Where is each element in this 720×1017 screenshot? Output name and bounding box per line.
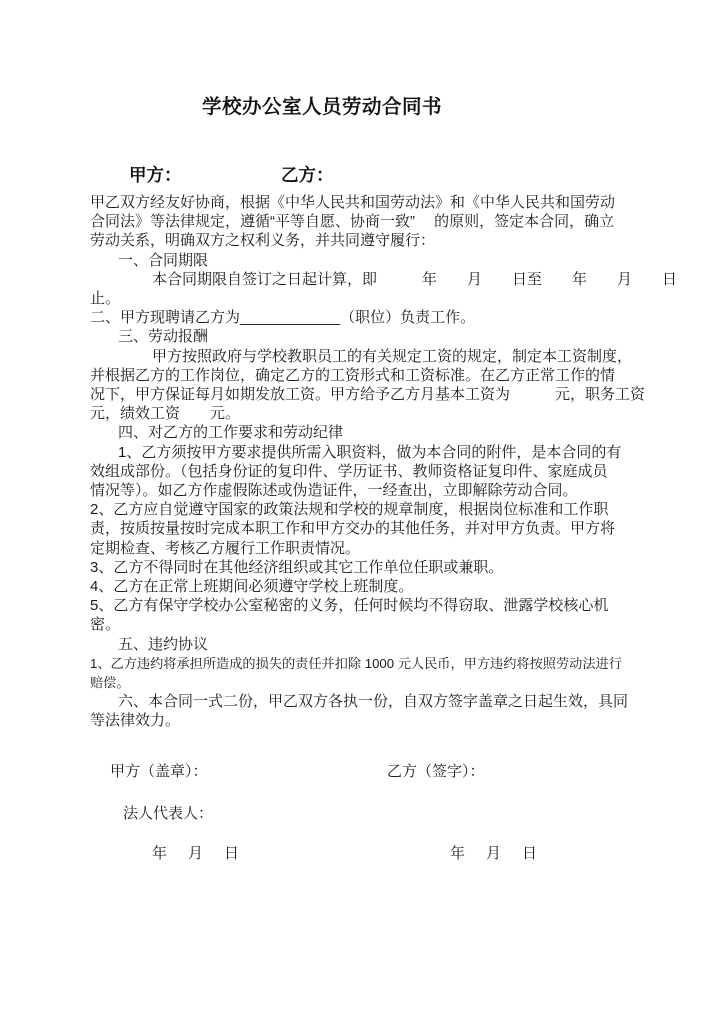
party-b-sign-label: 乙方（签字）： xyxy=(387,760,485,781)
date-line-party-a: 年 月 日 xyxy=(152,842,242,863)
body-line: 2、乙方应自觉遵守国家的政策法规和学校的规章制度，根据岗位标准和工作职 xyxy=(90,500,650,519)
body-line: 4、乙方在正常上班期间必须遵守学校上班制度。 xyxy=(90,577,650,596)
body-line: 1、乙方须按甲方要求提供所需入职资料，做为本合同的附件，是本合同的有 xyxy=(90,443,650,462)
body-line: 责，按质按量按时完成本职工作和甲方交办的其他任务，并对甲方负责。甲方将 xyxy=(90,519,650,538)
body-line: 止。 xyxy=(90,289,650,308)
party-b-label: 乙方： xyxy=(281,162,334,187)
date-line-party-b: 年 月 日 xyxy=(450,842,540,863)
contract-document-page: 学校办公室人员劳动合同书 甲方： 乙方： 甲乙双方经友好协商，根据《中华人民共和… xyxy=(0,0,720,1017)
body-line: 甲乙双方经友好协商，根据《中华人民共和国劳动法》和《中华人民共和国劳动 xyxy=(90,193,650,212)
body-line: 并根据乙方的工作岗位，确定乙方的工资形式和工资标准。在乙方正常工作的情 xyxy=(90,366,650,385)
body-line: 效组成部份。（包括身份证的复印件、学历证书、教师资格证复印件、家庭成员 xyxy=(90,462,650,481)
body-line: 5、乙方有保守学校办公室秘密的义务，任何时候均不得窃取、泄露学校核心机 xyxy=(90,596,650,615)
body-line: 赔偿。 xyxy=(90,673,650,692)
body-line: 情况等）。如乙方作虚假陈述或伪造证件，一经查出，立即解除劳动合同。 xyxy=(90,481,650,500)
body-line: 合同法》等法律规定，遵循“平等自愿、协商一致” 的原则，签定本合同，确立 xyxy=(90,212,650,231)
body-line: 本合同期限自签订之日起计算，即 年 月 日至 年 月 日 xyxy=(90,270,650,289)
legal-representative-label: 法人代表人： xyxy=(123,802,213,823)
body-line: 四、对乙方的工作要求和劳动纪律 xyxy=(90,423,650,442)
body-line: 五、违约协议 xyxy=(90,635,650,654)
body-line: 劳动关系，明确双方之权利义务，并共同遵守履行： xyxy=(90,231,650,250)
body-line: 3、乙方不得同时在其他经济组织或其它工作单位任职或兼职。 xyxy=(90,558,650,577)
body-line: 定期检查、考核乙方履行工作职责情况。 xyxy=(90,539,650,558)
body-line: 元，绩效工资 元。 xyxy=(90,404,650,423)
party-a-seal-label: 甲方（盖章）： xyxy=(110,760,208,781)
body-line: 甲方按照政府与学校教职员工的有关规定工资的规定，制定本工资制度， xyxy=(90,347,650,366)
body-line: 等法律效力。 xyxy=(90,711,650,730)
contract-body-lines: 甲乙双方经友好协商，根据《中华人民共和国劳动法》和《中华人民共和国劳动合同法》等… xyxy=(90,193,650,731)
body-line: 二、甲方现聘请乙方为____________（职位）负责工作。 xyxy=(90,308,650,327)
body-line: 六、本合同一式二份，甲乙双方各执一份，自双方签字盖章之日起生效，具同 xyxy=(90,692,650,711)
body-line: 三、劳动报酬 xyxy=(90,327,650,346)
party-a-label: 甲方： xyxy=(129,162,182,187)
body-line: 1、乙方违约将承担所造成的损失的责任并扣除 1000 元人民币，甲方违约将按照劳… xyxy=(90,654,650,673)
body-line: 一、合同期限 xyxy=(90,251,650,270)
body-line: 密。 xyxy=(90,615,650,634)
body-line: 况下，甲方保证每月如期发放工资。甲方给予乙方月基本工资为 元，职务工资 xyxy=(90,385,650,404)
document-title: 学校办公室人员劳动合同书 xyxy=(202,91,442,119)
